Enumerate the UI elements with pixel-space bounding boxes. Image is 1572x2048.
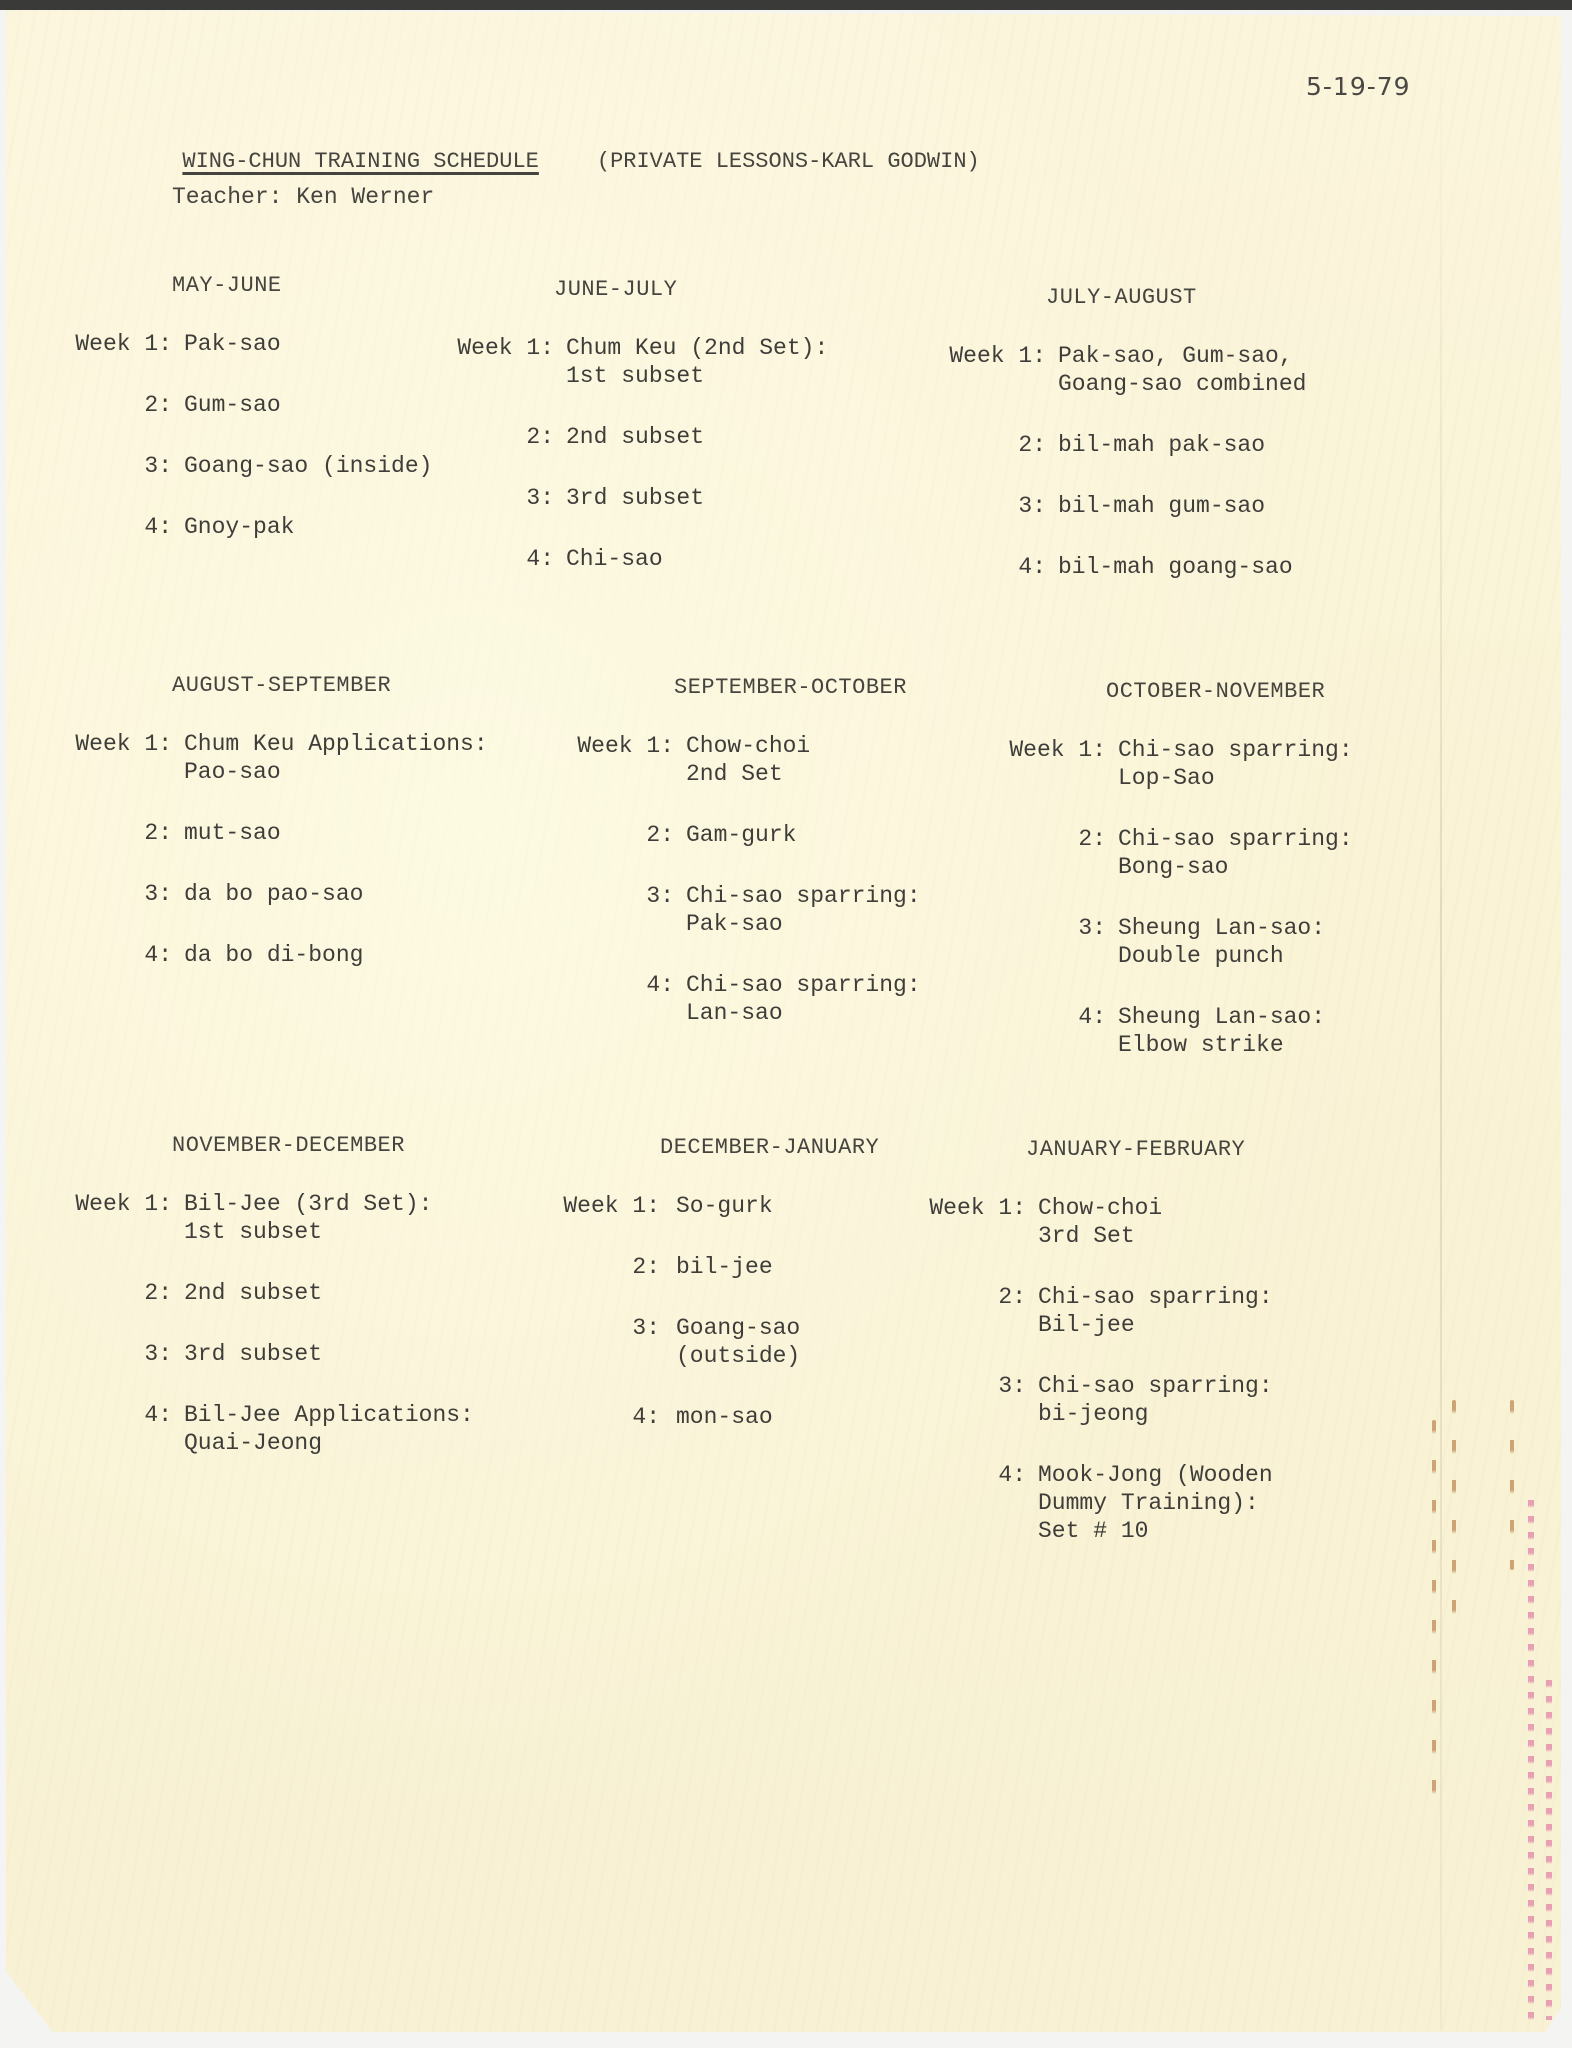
week-row: 2:2nd subset <box>416 423 828 451</box>
week-row: 4:bil-mah goang-sao <box>908 553 1306 581</box>
week-row: 4:Bil-Jee Applications: Quai-Jeong <box>48 1401 474 1457</box>
week-row: Week 1:Chum Keu Applications: Pao-sao <box>48 730 488 786</box>
week-label: 4: <box>908 553 1058 581</box>
week-row: 3:Goang-sao (inside) <box>48 452 432 480</box>
week-label: 3: <box>48 880 184 908</box>
schedule-block-may-june: MAY-JUNE Week 1:Pak-sao 2:Gum-sao 3:Goan… <box>48 272 432 574</box>
week-label: 3: <box>48 452 184 480</box>
teacher-line: Teacher: Ken Werner <box>172 184 434 210</box>
week-topic: Chi-sao sparring: Pak-sao <box>686 882 921 938</box>
week-topic: 2nd subset <box>566 423 704 451</box>
week-topic: Chi-sao sparring: Bil-jee <box>1038 1283 1273 1339</box>
schedule-block-august-september: AUGUST-SEPTEMBER Week 1:Chum Keu Applica… <box>48 672 488 1002</box>
rust-stain <box>1432 1420 1436 1800</box>
period-title: DECEMBER-JANUARY <box>660 1134 879 1162</box>
week-topic: Chi-sao <box>566 545 663 573</box>
week-topic: bil-mah goang-sao <box>1058 553 1293 581</box>
week-row: 2:Chi-sao sparring: Bong-sao <box>966 825 1353 881</box>
week-label: Week 1: <box>48 730 184 786</box>
week-topic: bil-mah pak-sao <box>1058 431 1265 459</box>
week-label: Week 1: <box>888 1194 1038 1250</box>
week-topic: Chum Keu (2nd Set): 1st subset <box>566 334 828 390</box>
schedule-block-december-january: DECEMBER-JANUARY Week 1:So-gurk 2:bil-je… <box>522 1134 879 1464</box>
week-label: 4: <box>48 513 184 541</box>
week-topic: Sheung Lan-sao: Double punch <box>1118 914 1325 970</box>
week-label: 3: <box>416 484 566 512</box>
week-label: 3: <box>48 1340 184 1368</box>
week-label: 3: <box>522 1314 676 1370</box>
week-row: Week 1:Chi-sao sparring: Lop-Sao <box>966 736 1353 792</box>
paper-fold-line <box>1440 10 1442 2030</box>
week-label: Week 1: <box>48 1190 184 1246</box>
week-topic: Chi-sao sparring: bi-jeong <box>1038 1372 1273 1428</box>
week-row: 3:Goang-sao (outside) <box>522 1314 879 1370</box>
period-title: OCTOBER-NOVEMBER <box>1106 678 1353 706</box>
week-label: 4: <box>888 1461 1038 1545</box>
week-row: 3:Sheung Lan-sao: Double punch <box>966 914 1353 970</box>
week-topic: Chi-sao sparring: Lop-Sao <box>1118 736 1353 792</box>
week-label: 4: <box>416 545 566 573</box>
week-row: Week 1:Pak-sao <box>48 330 432 358</box>
week-topic: Chi-sao sparring: Lan-sao <box>686 971 921 1027</box>
week-label: Week 1: <box>966 736 1118 792</box>
period-title: NOVEMBER-DECEMBER <box>172 1132 474 1160</box>
week-label: Week 1: <box>908 342 1058 398</box>
week-label: Week 1: <box>48 330 184 358</box>
week-row: 3:3rd subset <box>416 484 828 512</box>
week-label: 2: <box>536 821 686 849</box>
pink-marker-edge <box>1528 1500 1534 2020</box>
schedule-block-november-december: NOVEMBER-DECEMBER Week 1:Bil-Jee (3rd Se… <box>48 1132 474 1490</box>
week-topic: Mook-Jong (Wooden Dummy Training): Set #… <box>1038 1461 1273 1545</box>
schedule-block-june-july: JUNE-JULY Week 1:Chum Keu (2nd Set): 1st… <box>416 276 828 606</box>
week-row: 3:3rd subset <box>48 1340 474 1368</box>
week-label: 3: <box>908 492 1058 520</box>
week-topic: Pak-sao <box>184 330 281 358</box>
week-label: 2: <box>48 819 184 847</box>
document-subtitle: (PRIVATE LESSONS-KARL GODWIN) <box>597 149 980 174</box>
week-row: Week 1:Pak-sao, Gum-sao, Goang-sao combi… <box>908 342 1306 398</box>
week-label: Week 1: <box>416 334 566 390</box>
scanner-top-edge <box>0 0 1572 10</box>
week-row: 2:Gam-gurk <box>536 821 921 849</box>
week-topic: 2nd subset <box>184 1279 322 1307</box>
schedule-block-july-august: JULY-AUGUST Week 1:Pak-sao, Gum-sao, Goa… <box>908 284 1306 614</box>
period-title: JULY-AUGUST <box>1046 284 1306 312</box>
week-topic: mon-sao <box>676 1403 773 1431</box>
schedule-block-september-october: SEPTEMBER-OCTOBER Week 1:Chow-choi 2nd S… <box>536 674 921 1060</box>
week-label: 4: <box>48 1401 184 1457</box>
week-row: 4:mon-sao <box>522 1403 879 1431</box>
week-row: Week 1:So-gurk <box>522 1192 879 1220</box>
week-row: 4:Chi-sao sparring: Lan-sao <box>536 971 921 1027</box>
week-topic: 3rd subset <box>184 1340 322 1368</box>
week-label: Week 1: <box>536 732 686 788</box>
week-row: 3:bil-mah gum-sao <box>908 492 1306 520</box>
week-topic: Chow-choi 3rd Set <box>1038 1194 1162 1250</box>
week-row: 4:Gnoy-pak <box>48 513 432 541</box>
week-row: 3:da bo pao-sao <box>48 880 488 908</box>
week-topic: 3rd subset <box>566 484 704 512</box>
week-label: 2: <box>966 825 1118 881</box>
week-label: Week 1: <box>522 1192 676 1220</box>
week-label: 2: <box>416 423 566 451</box>
week-label: 4: <box>48 941 184 969</box>
week-topic: da bo pao-sao <box>184 880 363 908</box>
week-label: 2: <box>48 1279 184 1307</box>
week-topic: da bo di-bong <box>184 941 363 969</box>
week-row: Week 1:Chum Keu (2nd Set): 1st subset <box>416 334 828 390</box>
week-row: 2:Gum-sao <box>48 391 432 419</box>
period-title: JUNE-JULY <box>554 276 828 304</box>
document-date: 5-19-79 <box>1306 72 1411 101</box>
week-topic: Chow-choi 2nd Set <box>686 732 810 788</box>
schedule-block-october-november: OCTOBER-NOVEMBER Week 1:Chi-sao sparring… <box>966 678 1353 1092</box>
week-topic: mut-sao <box>184 819 281 847</box>
week-topic: Goang-sao (inside) <box>184 452 432 480</box>
week-topic: Chum Keu Applications: Pao-sao <box>184 730 488 786</box>
schedule-block-january-february: JANUARY-FEBRUARY Week 1:Chow-choi 3rd Se… <box>888 1136 1273 1578</box>
week-topic: Goang-sao (outside) <box>676 1314 800 1370</box>
period-title: SEPTEMBER-OCTOBER <box>674 674 921 702</box>
week-topic: So-gurk <box>676 1192 773 1220</box>
week-row: Week 1:Chow-choi 3rd Set <box>888 1194 1273 1250</box>
week-topic: bil-mah gum-sao <box>1058 492 1265 520</box>
week-row: 4:Chi-sao <box>416 545 828 573</box>
week-label: 3: <box>888 1372 1038 1428</box>
week-label: 2: <box>908 431 1058 459</box>
week-row: Week 1:Chow-choi 2nd Set <box>536 732 921 788</box>
week-row: 3:Chi-sao sparring: Pak-sao <box>536 882 921 938</box>
week-label: 4: <box>522 1403 676 1431</box>
week-label: 3: <box>536 882 686 938</box>
week-topic: Sheung Lan-sao: Elbow strike <box>1118 1003 1325 1059</box>
week-row: 2:Chi-sao sparring: Bil-jee <box>888 1283 1273 1339</box>
rust-stain <box>1452 1400 1456 1620</box>
week-topic: Gum-sao <box>184 391 281 419</box>
week-row: 2:mut-sao <box>48 819 488 847</box>
week-row: 4:Sheung Lan-sao: Elbow strike <box>966 1003 1353 1059</box>
period-title: JANUARY-FEBRUARY <box>1026 1136 1273 1164</box>
period-title: MAY-JUNE <box>172 272 432 300</box>
week-row: 2:bil-mah pak-sao <box>908 431 1306 459</box>
period-title: AUGUST-SEPTEMBER <box>172 672 488 700</box>
week-row: Week 1:Bil-Jee (3rd Set): 1st subset <box>48 1190 474 1246</box>
week-label: 2: <box>48 391 184 419</box>
week-topic: Chi-sao sparring: Bong-sao <box>1118 825 1353 881</box>
week-row: 2:2nd subset <box>48 1279 474 1307</box>
week-label: 4: <box>966 1003 1118 1059</box>
week-topic: Bil-Jee (3rd Set): 1st subset <box>184 1190 432 1246</box>
week-topic: Gam-gurk <box>686 821 796 849</box>
document-title: WING-CHUN TRAINING SCHEDULE <box>182 149 538 174</box>
week-topic: Bil-Jee Applications: Quai-Jeong <box>184 1401 474 1457</box>
week-topic: bil-jee <box>676 1253 773 1281</box>
week-label: 3: <box>966 914 1118 970</box>
week-row: 2:bil-jee <box>522 1253 879 1281</box>
week-label: 4: <box>536 971 686 1027</box>
week-label: 2: <box>522 1253 676 1281</box>
document-header: WING-CHUN TRAINING SCHEDULE(PRIVATE LESS… <box>156 124 980 174</box>
week-topic: Pak-sao, Gum-sao, Goang-sao combined <box>1058 342 1306 398</box>
week-row: 4:da bo di-bong <box>48 941 488 969</box>
week-topic: Gnoy-pak <box>184 513 294 541</box>
pink-marker-edge <box>1546 1680 1552 2020</box>
week-label: 2: <box>888 1283 1038 1339</box>
rust-stain <box>1510 1400 1514 1570</box>
week-row: 4:Mook-Jong (Wooden Dummy Training): Set… <box>888 1461 1273 1545</box>
week-row: 3:Chi-sao sparring: bi-jeong <box>888 1372 1273 1428</box>
